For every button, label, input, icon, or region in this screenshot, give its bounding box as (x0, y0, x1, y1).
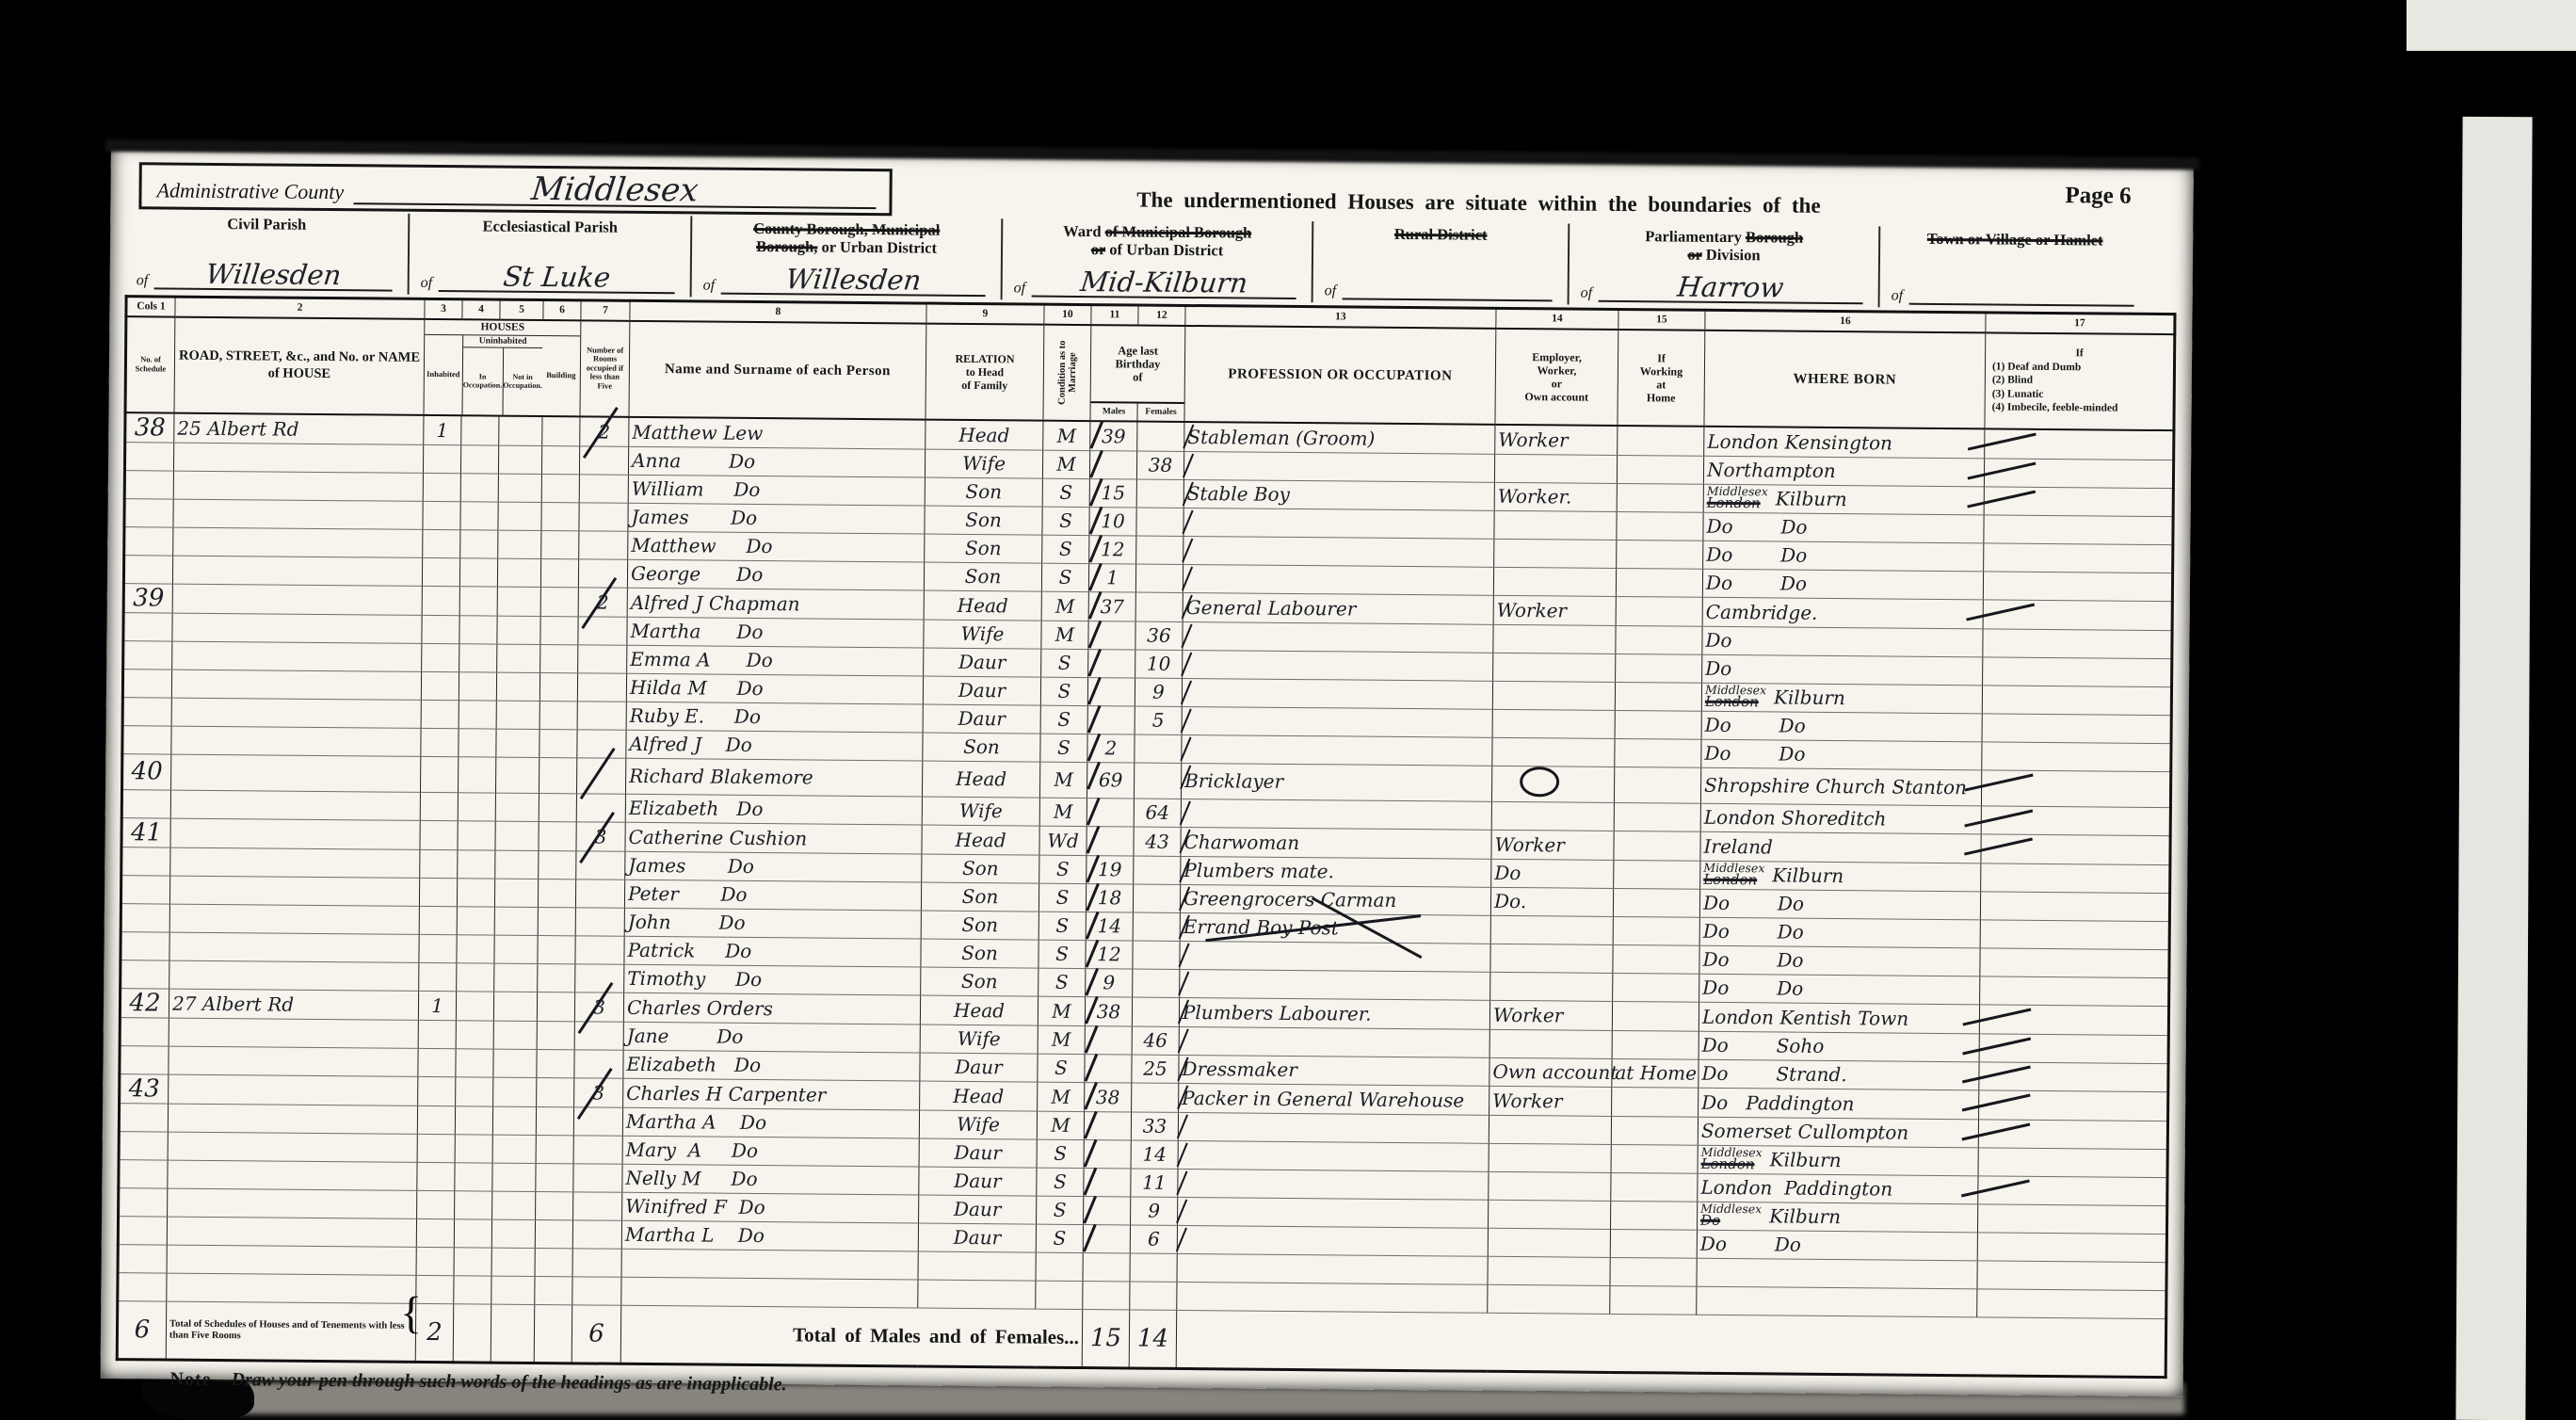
administrative-county-box: Administrative County Middlesex (138, 162, 892, 216)
cell-building (538, 907, 575, 935)
cell-address (171, 726, 421, 756)
cell-relation: Daur (920, 1053, 1038, 1082)
cell-occupation (1182, 678, 1492, 709)
cell-employer (1494, 510, 1617, 540)
cell-infirmity (1981, 863, 2170, 893)
cell-not-in-occupation (492, 1191, 536, 1219)
pen-mark (1088, 620, 1102, 648)
cell-employer (1494, 454, 1617, 483)
cell-name: Hilda M Do (626, 673, 923, 704)
cell-occupation: Charwoman (1181, 827, 1491, 859)
of-word: of (703, 277, 716, 294)
cell-relation: Daur (919, 1195, 1037, 1224)
col-num-1: Cols 1 (126, 297, 175, 316)
cell-schedule (121, 875, 169, 903)
census-table: Cols 1 2 3 4 5 6 7 8 9 10 11 12 13 14 15… (116, 295, 2177, 1378)
born-correction: MiddlesexLondon (1705, 686, 1766, 709)
cell-employer (1489, 1029, 1612, 1058)
cell-schedule (120, 1017, 169, 1045)
cell-employer: Do. (1490, 887, 1613, 916)
cell-in-occupation (457, 878, 494, 906)
ward-value: Mid-Kilburn (1079, 269, 1248, 296)
cell-address (169, 1018, 418, 1048)
cell-relation: Daur (924, 648, 1041, 677)
cell-name: Patrick Do (624, 936, 921, 967)
cell-infirmity (1980, 976, 2169, 1006)
cell-infirmity (1979, 1033, 2168, 1063)
cell-occupation (1177, 1225, 1488, 1256)
pen-mark (1176, 1170, 1188, 1195)
pen-mark (1181, 708, 1193, 733)
cell-building (540, 644, 578, 672)
cell-infirmity (1981, 805, 2170, 835)
cell-inhabited (423, 473, 460, 501)
cell-at-home (1617, 540, 1703, 569)
cell-born: London Paddington (1698, 1173, 1978, 1204)
cell-relation: Head (922, 761, 1039, 798)
cell-age-female (1130, 1281, 1177, 1309)
cell-occupation (1181, 799, 1491, 830)
cell-infirmity (1977, 1260, 2166, 1290)
cell-name: Charles H Carpenter (623, 1078, 920, 1110)
cell-condition: M (1042, 450, 1089, 478)
cell-age-female (1132, 1082, 1179, 1111)
cell-age-female (1135, 592, 1183, 621)
cell-in-occupation (459, 557, 497, 586)
cell-inhabited (423, 529, 460, 557)
cell-employer (1493, 567, 1616, 596)
civil-parish-box: Civil Parish ofWillesden (125, 211, 409, 295)
total-empty-right (1176, 1310, 2166, 1377)
cell-occupation (1182, 734, 1492, 766)
header-relation: RELATIONto Headof Family (926, 323, 1044, 420)
cell-inhabited (423, 444, 460, 473)
cell-occupation (1178, 1112, 1489, 1143)
cell-born: MiddlesexDoKilburn (1697, 1202, 1977, 1233)
cell-rooms: 3 (574, 1077, 623, 1106)
col-num-9: 9 (926, 303, 1044, 324)
col-num-13: 13 (1185, 305, 1496, 328)
cell-in-occupation (454, 1218, 491, 1247)
cell-occupation: Dressmaker (1179, 1055, 1489, 1086)
cell-age-male (1084, 1168, 1131, 1196)
cell-inhabited (423, 501, 460, 529)
cell-age-female: 9 (1131, 1196, 1178, 1224)
cell-relation: Wife (920, 1025, 1038, 1054)
cell-rooms (572, 1219, 621, 1248)
of-word: of (1892, 288, 1904, 305)
cell-not-in-occupation (493, 992, 537, 1021)
cell-address (171, 698, 421, 728)
cell-relation: Head (926, 419, 1043, 450)
cell-relation: Wife (925, 449, 1042, 478)
cell-schedule (124, 526, 173, 555)
cell-age-male: 1 (1088, 563, 1135, 591)
cell-name: Anna Do (628, 446, 925, 477)
cell-condition: S (1040, 705, 1087, 734)
cell-age-male: 19 (1087, 855, 1134, 883)
header-employer: Employer,Worker,orOwn account (1495, 328, 1618, 425)
ecclesiastical-parish-box: Ecclesiastical Parish ofSt Luke (408, 214, 691, 298)
cell-in-occupation (456, 991, 493, 1020)
cell-building (536, 1163, 573, 1191)
cell-inhabited: 1 (424, 414, 461, 444)
cell-employer: Worker (1495, 424, 1618, 455)
cell-condition: M (1041, 591, 1088, 621)
cell-schedule (118, 1272, 167, 1300)
cell-building (537, 1049, 574, 1077)
cell-address (169, 1074, 418, 1105)
urban-district-value: Willesden (784, 266, 923, 292)
cell-in-occupation (457, 934, 494, 962)
cell-infirmity (1984, 458, 2173, 488)
cell-not-in-occupation (496, 701, 539, 729)
cell-relation: Head (922, 825, 1039, 855)
cell-at-home (1614, 860, 1700, 889)
cell-occupation (1178, 1169, 1489, 1200)
cell-building (542, 416, 580, 446)
cell-not-in-occupation (495, 850, 539, 879)
col-num-3: 3 (425, 299, 462, 318)
cell-not-in-occupation (495, 793, 539, 821)
cell-age-male (1087, 826, 1134, 855)
col-num-17: 17 (1986, 313, 2175, 334)
cell-occupation (1180, 969, 1490, 1000)
cell-infirmity (1978, 1175, 2167, 1205)
cell-address (172, 641, 422, 671)
cell-address (170, 818, 420, 849)
cell-occupation: Stable Boy (1183, 479, 1494, 510)
cell-infirmity (1978, 1119, 2167, 1149)
cell-address (169, 1046, 418, 1076)
cell-rooms: 3 (574, 992, 623, 1021)
cell-inhabited (420, 849, 458, 878)
cell-address: 25 Albert Rd (174, 412, 424, 444)
header-where-born: WHERE BORN (1704, 330, 1986, 428)
cell-condition: S (1039, 855, 1087, 883)
cell-not-in-occupation (491, 1219, 535, 1248)
cell-in-occupation (459, 615, 497, 643)
cell-rooms (575, 963, 624, 992)
cell-infirmity (1982, 713, 2171, 743)
cell-building (539, 729, 577, 757)
cell-occupation (1177, 1282, 1488, 1313)
cell-age-female: 5 (1135, 706, 1182, 734)
cell-relation: Son (922, 854, 1039, 883)
cell-not-in-occupation (498, 474, 541, 502)
cell-at-home (1616, 625, 1702, 654)
cell-schedule (122, 697, 171, 725)
urban-district-label: County Borough, Municipal Borough, or Ur… (692, 218, 1001, 257)
pen-mark (1181, 652, 1193, 676)
cell-schedule (119, 1187, 168, 1216)
cell-at-home (1610, 1257, 1697, 1286)
cell-at-home (1617, 483, 1703, 512)
cell-not-in-occupation (497, 644, 540, 672)
cell-born: Cambridge. (1702, 597, 1983, 629)
cell-in-occupation (456, 1048, 493, 1076)
circle-mark (1520, 766, 1559, 797)
town-label: Town or Village or Hamlet (1880, 229, 2149, 249)
pen-mark (1085, 967, 1098, 995)
cell-age-male (1085, 1025, 1132, 1054)
cell-employer: Worker (1489, 1086, 1612, 1116)
cell-inhabited (418, 1076, 456, 1105)
cell-age-male: 12 (1089, 535, 1136, 563)
census-page: Administrative County Middlesex The unde… (101, 143, 2194, 1396)
cell-infirmity (1980, 919, 2169, 949)
cell-condition: S (1041, 649, 1088, 677)
cell-relation: Son (923, 733, 1040, 762)
column-headers-row: No. of Schedule ROAD, STREET, &c., and N… (125, 316, 2175, 430)
pen-mark (1083, 1223, 1096, 1251)
cell-born: Do Do (1703, 512, 1984, 543)
cell-name (621, 1277, 918, 1308)
cell-in-occupation (455, 1134, 492, 1162)
cell-name: Charles Orders (623, 992, 920, 1025)
cell-inhabited (419, 906, 457, 934)
total-rooms: 6 (572, 1304, 621, 1363)
header-condition: Condition as to Marriage (1043, 324, 1091, 420)
cell-infirmity (1979, 1061, 2168, 1091)
cell-infirmity (1984, 514, 2173, 544)
cell-name: Richard Blakemore (625, 758, 922, 797)
cell-schedule (123, 555, 172, 583)
cell-building (537, 1077, 574, 1106)
civil-parish-label: Civil Parish (125, 214, 408, 234)
cell-rooms: 3 (576, 821, 625, 850)
cell-age-male: 2 (1087, 734, 1135, 762)
header-schedule-no: No. of Schedule (125, 316, 175, 412)
cell-not-in-occupation (497, 587, 540, 616)
cell-at-home (1613, 916, 1699, 945)
cell-born: Do Do (1699, 889, 1980, 920)
cell-rooms (573, 1191, 622, 1219)
cell-schedule (118, 1244, 167, 1272)
cell-name: Matthew Lew (629, 416, 926, 448)
header-males: Males (1090, 403, 1136, 420)
cell-employer (1488, 1228, 1610, 1257)
cell-employer (1492, 737, 1615, 766)
cell-in-occupation (460, 529, 498, 557)
cell-building (540, 587, 578, 616)
col-num-5: 5 (500, 299, 543, 319)
cell-address: 27 Albert Rd (169, 989, 418, 1020)
cell-rooms (574, 1049, 623, 1077)
cell-not-in-occupation (498, 502, 541, 530)
cell-name: Catherine Cushion (625, 822, 922, 854)
cell-employer: Worker (1489, 1000, 1612, 1030)
total-inhabited: 2 (415, 1303, 454, 1362)
pen-mark (1178, 1028, 1190, 1053)
cell-schedule (124, 442, 173, 470)
cell-rooms (577, 672, 626, 701)
cell-schedule (121, 931, 169, 960)
pen-mark (1177, 1114, 1189, 1138)
cell-name: Winifred F Do (622, 1192, 919, 1223)
cell-age-male: 15 (1089, 478, 1136, 507)
cell-age-female (1137, 421, 1184, 451)
cell-age-female (1136, 508, 1183, 536)
cell-relation: Daur (923, 676, 1040, 705)
of-word: of (137, 272, 149, 289)
cell-condition (1036, 1252, 1083, 1281)
cell-address (169, 932, 419, 962)
cell-name (621, 1249, 918, 1280)
cell-building (536, 1135, 573, 1163)
cell-born (1697, 1258, 1977, 1289)
cell-relation: Son (921, 911, 1038, 940)
col-num-10: 10 (1044, 304, 1091, 324)
cell-not-in-occupation (492, 1106, 536, 1135)
cell-age-male (1083, 1224, 1130, 1252)
cell-address (172, 613, 422, 643)
cell-infirmity (1980, 947, 2169, 977)
of-word: of (421, 275, 433, 292)
cell-born: Do (1702, 654, 1983, 686)
cell-age-male: 12 (1086, 940, 1133, 968)
cell-address (171, 670, 421, 700)
cell-occupation (1183, 564, 1493, 595)
cell-employer: Worker. (1494, 482, 1617, 511)
cell-relation: Son (925, 506, 1042, 535)
cell-address (173, 527, 423, 557)
cell-address (167, 1273, 416, 1303)
cell-in-occupation (459, 586, 497, 615)
cell-inhabited: 1 (418, 991, 456, 1020)
cell-age-female (1133, 884, 1180, 912)
cell-occupation (1183, 536, 1494, 567)
cell-schedule (121, 789, 170, 817)
cell-inhabited (417, 1162, 455, 1190)
cell-in-occupation (460, 444, 498, 473)
cell-at-home (1610, 1285, 1697, 1315)
cell-name: Jane Do (623, 1022, 920, 1053)
cell-born: Ireland (1700, 831, 1981, 863)
cell-name: Martha L Do (621, 1220, 918, 1251)
cell-schedule (123, 640, 172, 669)
cell-building (536, 1191, 573, 1219)
cell-occupation: Packer in General Warehouse (1179, 1083, 1489, 1115)
cell-infirmity (1977, 1288, 2166, 1318)
cell-not-in-occupation (498, 530, 541, 558)
cell-schedule: 38 (125, 412, 174, 443)
header-age-last-birthday: Age lastBirthdayof (1091, 326, 1185, 402)
cell-employer (1488, 1256, 1610, 1285)
cell-born: MiddlesexLondonKilburn (1703, 484, 1984, 515)
cell-occupation (1183, 508, 1494, 539)
cell-occupation (1182, 706, 1492, 737)
cell-condition: S (1037, 1196, 1084, 1224)
cell-relation: Son (921, 939, 1038, 968)
cell-relation: Son (925, 477, 1042, 507)
cell-age-female: 46 (1132, 1025, 1179, 1054)
cell-age-female: 14 (1131, 1139, 1178, 1168)
cell-rooms (576, 793, 625, 821)
header-inhabited: Inhabited (425, 334, 463, 413)
total-empty-cell (534, 1304, 572, 1363)
cell-age-male (1084, 1196, 1131, 1224)
pen-mark (1087, 797, 1100, 825)
cell-schedule (119, 1103, 168, 1131)
cell-age-male (1087, 705, 1135, 734)
cell-address (168, 1104, 417, 1134)
cell-in-occupation (455, 1105, 492, 1134)
cell-not-in-occupation (497, 616, 540, 644)
cell-condition: S (1038, 968, 1086, 996)
parliamentary-value: Harrow (1677, 275, 1786, 300)
cell-occupation: Bricklayer (1181, 763, 1491, 801)
cell-age-female: 33 (1131, 1111, 1178, 1139)
cell-not-in-occupation (491, 1248, 535, 1276)
cell-inhabited (421, 671, 459, 700)
cell-schedule (118, 1216, 167, 1244)
cell-age-male (1083, 1252, 1130, 1281)
cell-name: Nelly M Do (622, 1164, 919, 1195)
cell-condition: M (1038, 1025, 1085, 1054)
administrative-county-value: Middlesex (530, 175, 700, 205)
cell-inhabited (418, 1020, 456, 1048)
cell-age-male: 10 (1089, 507, 1136, 535)
cell-in-occupation (459, 671, 496, 700)
cell-employer (1492, 709, 1615, 738)
header-working-at-home: IfWorkingatHome (1618, 329, 1705, 426)
cell-at-home (1611, 1144, 1698, 1173)
cell-schedule (119, 1131, 168, 1159)
parliamentary-box: Parliamentary Borough or Division ofHarr… (1568, 224, 1879, 308)
cell-rooms (572, 1276, 621, 1304)
cell-age-female: 6 (1130, 1224, 1177, 1252)
col-num-6: 6 (543, 300, 581, 320)
rural-district-box: Rural District of (1312, 221, 1569, 304)
header-name-surname: Name and Surname of each Person (629, 320, 926, 419)
cell-infirmity (1977, 1232, 2166, 1262)
scan-artifact-top-right (2407, 0, 2576, 51)
pen-mark (1085, 1025, 1098, 1053)
cell-rooms (578, 644, 627, 672)
cell-building (540, 558, 578, 587)
cell-address (169, 876, 419, 906)
cell-condition: S (1037, 1139, 1084, 1168)
cell-building (541, 530, 579, 558)
cell-born: Do Do (1702, 569, 1983, 600)
cell-employer (1492, 681, 1615, 710)
cell-occupation (1183, 621, 1493, 653)
cell-employer (1489, 1143, 1611, 1172)
cell-building (539, 757, 576, 793)
cell-occupation (1178, 1197, 1489, 1228)
col-num-15: 15 (1618, 309, 1705, 330)
cell-born: London Shoreditch (1700, 803, 1981, 834)
header-age-group: Age lastBirthdayof Males Females (1090, 325, 1185, 422)
cell-infirmity (1978, 1147, 2167, 1177)
cell-in-occupation (458, 820, 495, 849)
cell-not-in-occupation (491, 1276, 535, 1304)
cell-building (541, 474, 579, 502)
cell-age-female (1132, 996, 1179, 1025)
cell-employer (1490, 915, 1613, 944)
cell-relation: Daur (923, 704, 1040, 734)
cell-condition: M (1039, 762, 1087, 798)
cell-in-occupation (456, 1020, 493, 1048)
cell-age-male: 9 (1086, 968, 1133, 996)
total-empty-cell (491, 1304, 535, 1363)
cell-building (539, 793, 576, 821)
cell-rooms (575, 935, 624, 963)
cell-address (173, 499, 423, 529)
col-num-12: 12 (1138, 305, 1185, 325)
cell-schedule (122, 725, 171, 753)
